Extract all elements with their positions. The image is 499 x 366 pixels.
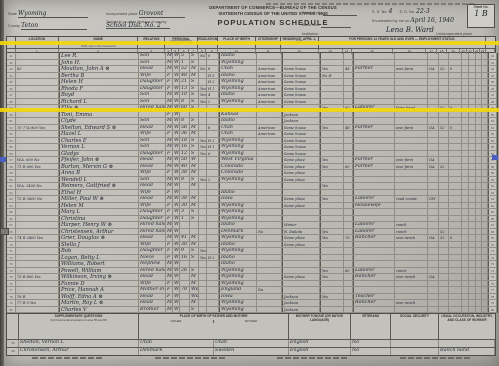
cell-age: 18 [180, 138, 190, 144]
cell-bp: Wyoming [219, 281, 257, 287]
cell-rn: 44 [488, 73, 497, 79]
cell-rel: Daughter [139, 86, 166, 92]
cell-sch [199, 229, 207, 235]
cell-occ [353, 248, 395, 254]
cell-inc [449, 86, 462, 92]
cell-sch [199, 300, 207, 306]
supp-cell-mother: Utah [214, 340, 289, 347]
cell-f2 [469, 151, 476, 157]
cell-rn: 80 [488, 307, 497, 313]
cell-grd [207, 268, 219, 274]
cell-sx: F [166, 294, 173, 300]
cell-age: 10 [180, 92, 190, 98]
cell-name: Lee R. [59, 53, 139, 59]
supp-parents-group: PLACE OF BIRTH OF FATHER AND MOTHER FATH… [139, 314, 289, 339]
cell-occ [353, 183, 395, 189]
cell-wks [439, 203, 449, 209]
supp-tongue-group: MOTHER TONGUE (OR NATIVE LANGUAGE) [289, 314, 351, 339]
cell-age [180, 112, 190, 118]
cell-age: 56 [180, 125, 190, 131]
cell-n: 57 [7, 157, 16, 163]
cell-mar: S [190, 118, 199, 124]
cell-sch [199, 157, 207, 163]
supp-subtitle: For Persons Enumerated on Lines 55 and 6… [19, 319, 138, 323]
cell-cit [257, 261, 282, 267]
cell-ind [395, 73, 428, 79]
cell-rel: Daughter [139, 209, 166, 215]
cell-ind: road constr. [395, 196, 428, 202]
cell-rn: 41 [488, 53, 497, 59]
cell-age: 13 [180, 86, 190, 92]
cell-wks [439, 209, 449, 215]
cell-emp: Yes [320, 235, 344, 241]
supp-cell-vet: No [351, 348, 391, 355]
cell-cls [428, 60, 439, 66]
cell-rel: Son [139, 92, 166, 98]
sheet-number-value: 1 B [468, 9, 494, 18]
cell-loc [16, 92, 59, 98]
cell-occ: Farmer [353, 164, 395, 170]
cell-f2 [469, 144, 476, 150]
cell-loc [16, 79, 59, 85]
cell-sch [199, 235, 207, 241]
cell-cls [428, 300, 439, 306]
supp-cell-tongue: English [289, 340, 351, 347]
cell-n: 66 [7, 216, 16, 222]
cell-emp [320, 216, 344, 222]
cell-bp: Idaho [219, 255, 257, 261]
cell-rel: Head [139, 125, 166, 131]
cell-f2 [469, 73, 476, 79]
cell-bp: Utah [219, 66, 257, 72]
cell-loc [16, 268, 59, 274]
cell-f1 [462, 86, 469, 92]
margin-marker-gray [0, 228, 9, 235]
census-scan: State Wyoming County Teton Incorporated … [0, 0, 499, 366]
cell-f1 [462, 261, 469, 267]
cell-inc: 0 [449, 235, 462, 241]
cell-rel: Son [139, 177, 166, 183]
cell-loc [16, 216, 59, 222]
cell-emp: Yes [320, 229, 344, 235]
cell-grd: 6 [207, 151, 219, 157]
cell-f2 [469, 177, 476, 183]
cell-name: John H. [59, 60, 139, 66]
cell-rel: Wife [139, 242, 166, 248]
supplementary-row: 55Shelton, Vernon LUtahUtahEnglishNo [7, 339, 495, 347]
cell-emp [320, 131, 344, 137]
cell-n: 55 [7, 144, 16, 150]
cell-sch [199, 242, 207, 248]
cell-f1 [462, 79, 469, 85]
cell-loc [16, 131, 59, 137]
cell-f2 [469, 164, 476, 170]
cell-n: 72 [7, 255, 16, 261]
cell-f2 [469, 138, 476, 144]
cell-emp [320, 99, 344, 105]
cell-mar: M [190, 300, 199, 306]
cell-emp: Yes [320, 268, 344, 274]
cell-ind [395, 144, 428, 150]
supp-veterans-group: VETERANS [351, 314, 391, 339]
cell-n: 44 [7, 73, 16, 79]
cell-inc [449, 287, 462, 293]
cell-sx: F [166, 131, 173, 137]
cell-age: 40 [180, 164, 190, 170]
cell-wks [439, 281, 449, 287]
cell-wks [439, 53, 449, 59]
cell-wks [439, 222, 449, 228]
cell-occ [353, 151, 395, 157]
supp-cell-vet: No [351, 340, 391, 347]
cell-f1 [462, 287, 469, 293]
cell-bp: Wyoming [219, 86, 257, 92]
cell-cl: W [173, 190, 180, 196]
cell-sx: F [166, 209, 173, 215]
cell-wks [439, 131, 449, 137]
cell-rel: Son [139, 60, 166, 66]
cell-hrs: 48 [344, 125, 353, 131]
cell-sch [199, 196, 207, 202]
cell-res: Same house [282, 92, 320, 98]
cell-n: 58 [7, 164, 16, 170]
ed-label: E. D. No. [400, 10, 415, 14]
cell-grd [207, 294, 219, 300]
cell-sx: M [166, 138, 173, 144]
cell-ind [395, 60, 428, 66]
cell-loc [16, 86, 59, 92]
cell-cl: W [173, 203, 180, 209]
cell-res [282, 209, 320, 215]
cell-cls [428, 99, 439, 105]
cell-cls [428, 268, 439, 274]
cell-n: 64 [7, 203, 16, 209]
cell-grd [207, 248, 219, 254]
cell-inc [449, 209, 462, 215]
cell-occ: Farmer [353, 125, 395, 131]
cell-bp: Kansas [219, 112, 257, 118]
cell-rn: 55 [488, 144, 497, 150]
footnote-stripe [155, 357, 225, 359]
cell-hrs [344, 274, 353, 280]
cell-bp: Colorado [219, 170, 257, 176]
cell-sch [199, 261, 207, 267]
cell-hrs: 48 [344, 66, 353, 72]
cell-n: 59 [7, 170, 16, 176]
cell-mar: M [190, 183, 199, 189]
cell-rel: Daughter [139, 248, 166, 254]
cell-mar: S [190, 79, 199, 85]
footnote-stripe [32, 357, 102, 359]
cell-cit [257, 216, 282, 222]
cell-f1 [462, 294, 469, 300]
cell-cls: OA [428, 125, 439, 131]
cell-name: Harper, Henry W ⊗ [59, 222, 139, 228]
cell-res [282, 248, 320, 254]
cell-sch [199, 203, 207, 209]
cell-grd [207, 274, 219, 280]
cell-ind: own ranch [395, 274, 428, 280]
cell-mar [190, 112, 199, 118]
cell-rel: Son [139, 118, 166, 124]
cell-emp [320, 170, 344, 176]
cell-wks [439, 307, 449, 313]
county-value: Teton [21, 22, 38, 29]
cell-inc [449, 261, 462, 267]
cell-sch [199, 209, 207, 215]
cell-age: 70 [180, 287, 190, 293]
cell-loc [16, 307, 59, 313]
cell-cls [428, 170, 439, 176]
cell-inc [449, 196, 462, 202]
cell-loc [16, 112, 59, 118]
cell-name: Toni, Emma [59, 112, 139, 118]
cell-inc [449, 307, 462, 313]
cell-ind [395, 242, 428, 248]
cell-f1 [462, 53, 469, 59]
cell-rel: Head [139, 196, 166, 202]
cell-bp: Idaho [219, 53, 257, 59]
cell-mar: S [190, 248, 199, 254]
cell-f1 [462, 255, 469, 261]
cell-emp: Yes [320, 183, 344, 189]
cell-res: Same place [282, 177, 320, 183]
cell-inc [449, 170, 462, 176]
cell-emp [320, 79, 344, 85]
cell-name: Pfeifer, John ⊗ [59, 157, 139, 163]
cell-emp [320, 92, 344, 98]
cell-sch: Yes [199, 151, 207, 157]
supp-occupation-group: USUAL OCCUPATION, INDUSTRY, AND CLASS OF… [439, 314, 495, 339]
cell-occ [353, 242, 395, 248]
cell-name: Charles E [59, 138, 139, 144]
cell-mar: S [190, 86, 199, 92]
cell-ind [395, 248, 428, 254]
cell-inc [449, 53, 462, 59]
cell-cls [428, 177, 439, 183]
cell-res: Same house [282, 99, 320, 105]
cell-inc [449, 216, 462, 222]
cell-name: Miller, Paul W ⊗ [59, 196, 139, 202]
cell-cl: W [173, 60, 180, 66]
county-field: County Teton [8, 22, 87, 30]
cell-age: 16 [180, 255, 190, 261]
cell-rn: 77 [488, 287, 497, 293]
cell-occ [353, 216, 395, 222]
cell-res: Same place [282, 164, 320, 170]
cell-f2 [469, 248, 476, 254]
cell-cls [428, 307, 439, 313]
cell-grd: 4 [207, 92, 219, 98]
cell-bp: Wyoming [219, 235, 257, 241]
cell-inc [449, 242, 462, 248]
cell-rel: Wife [139, 203, 166, 209]
cell-rn: 62 [488, 190, 497, 196]
cell-inc [449, 131, 462, 137]
cell-hrs [344, 131, 353, 137]
cell-cit [257, 294, 282, 300]
cell-res [282, 268, 320, 274]
cell-ind: own farm [395, 157, 428, 163]
cell-sch: Yes [199, 248, 207, 254]
cell-cit [257, 248, 282, 254]
cell-hrs [344, 229, 353, 235]
cell-f2 [469, 196, 476, 202]
cell-f1 [462, 170, 469, 176]
cell-cit: American [257, 131, 282, 137]
cell-wks: 52 [439, 235, 449, 241]
cell-wks [439, 300, 449, 306]
cell-emp [320, 151, 344, 157]
cell-sch [199, 125, 207, 131]
cell-emp [320, 222, 344, 228]
cell-res: Same house [282, 73, 320, 79]
cell-wks [439, 248, 449, 254]
cell-age: 21 [180, 79, 190, 85]
cell-rn: 74 [488, 268, 497, 274]
cell-cl: W [173, 92, 180, 98]
supp-cell-tongue: English [289, 348, 351, 355]
cell-name: Ethel H [59, 190, 139, 196]
cell-ind: own farm [395, 164, 428, 170]
cell-n: 78 [7, 294, 16, 300]
cell-hrs [344, 60, 353, 66]
cell-cl: W [173, 196, 180, 202]
cell-grd [207, 287, 219, 293]
cell-n: 67 [7, 222, 16, 228]
cell-f1 [462, 274, 469, 280]
cell-cls [428, 203, 439, 209]
cell-loc [16, 229, 59, 235]
cell-f1 [462, 248, 469, 254]
cell-rel: Wife [139, 131, 166, 137]
cell-res: Same place [282, 242, 320, 248]
cell-bp: Idaho [219, 92, 257, 98]
cell-res [282, 216, 320, 222]
cell-cit [257, 112, 282, 118]
cell-cls [428, 112, 439, 118]
cell-grd: 8 [207, 125, 219, 131]
cell-ind [395, 112, 428, 118]
cell-sch: No [199, 66, 207, 72]
cell-res [282, 190, 320, 196]
cell-ind [395, 307, 428, 313]
cell-loc: 77 R 5 Yes [16, 300, 59, 306]
cell-emp [320, 190, 344, 196]
census-sheet: State Wyoming County Teton Incorporated … [4, 0, 499, 366]
supp-cell-n: 55 [7, 340, 19, 347]
cell-sx: M [166, 60, 173, 66]
cell-emp: Yes [320, 66, 344, 72]
cell-wks [439, 261, 449, 267]
cell-age [180, 222, 190, 228]
cell-mar [190, 229, 199, 235]
cell-grd [207, 203, 219, 209]
cell-emp: Yes [320, 274, 344, 280]
cell-sch: Yes [199, 92, 207, 98]
cell-ind [395, 216, 428, 222]
cell-mar: S [190, 99, 199, 105]
cell-age [180, 294, 190, 300]
cell-n: 43 [7, 66, 16, 72]
cell-age: 48 [180, 73, 190, 79]
cell-cl: W [173, 157, 180, 163]
cell-cit [257, 53, 282, 59]
cell-rn: 71 [488, 248, 497, 254]
incorporated-field: Incorporated place Grovont [106, 10, 185, 18]
block-label: Block Nos. [302, 23, 320, 27]
cell-bp: Utah [219, 131, 257, 137]
cell-hrs [344, 92, 353, 98]
cell-res: Same place [282, 170, 320, 176]
census-table: 41Lee R.SonMW5SNo0Idaho4142John H.SonMW1… [6, 53, 498, 313]
cell-bp: Iowa [219, 196, 257, 202]
cell-age: 50 [180, 157, 190, 163]
cell-rel: Head [139, 183, 166, 189]
cell-inc [449, 255, 462, 261]
cell-cit [257, 138, 282, 144]
cell-occ [353, 53, 395, 59]
cell-mar: Wd [190, 294, 199, 300]
cell-name: Powell, William [59, 268, 139, 274]
cell-name: Christina [59, 216, 139, 222]
cell-loc [16, 203, 59, 209]
cell-ind [395, 294, 428, 300]
supp-cell-n: 68 [7, 348, 19, 355]
cell-ind [395, 79, 428, 85]
cell-sch: No [199, 53, 207, 59]
cell-cit [257, 203, 282, 209]
cell-rn: 69 [488, 235, 497, 241]
cell-sx: M [166, 261, 173, 267]
cell-occ: Rancher [353, 274, 395, 280]
cell-cls [428, 242, 439, 248]
cell-inc [449, 268, 462, 274]
cell-cl: W [173, 229, 180, 235]
cell-sch [199, 190, 207, 196]
cell-cl: W [173, 138, 180, 144]
block-field: Block Nos. [302, 22, 351, 28]
cell-cl: W [173, 177, 180, 183]
cell-n: 62 [7, 190, 16, 196]
cell-n: 63 [7, 196, 16, 202]
cell-emp [320, 261, 344, 267]
cell-age [180, 261, 190, 267]
cell-inc [449, 138, 462, 144]
cell-cit [257, 209, 282, 215]
cell-sch [199, 222, 207, 228]
cell-sch [199, 307, 207, 313]
cell-grd [207, 209, 219, 215]
cell-mar: S [190, 53, 199, 59]
cell-occ: Rancher [353, 235, 395, 241]
cell-loc [16, 209, 59, 215]
supp-father-label: FATHER [139, 320, 214, 324]
cell-f1 [462, 235, 469, 241]
cell-age: 26 [180, 268, 190, 274]
cell-cit [257, 268, 282, 274]
cell-loc [16, 60, 59, 66]
cell-sch: Yes [199, 144, 207, 150]
cell-f1 [462, 242, 469, 248]
cell-res [282, 60, 320, 66]
cell-ind [395, 287, 428, 293]
cell-wks [439, 138, 449, 144]
cell-inc [449, 248, 462, 254]
cell-age: 12 [180, 151, 190, 157]
cell-age [180, 281, 190, 287]
cell-hrs [344, 151, 353, 157]
